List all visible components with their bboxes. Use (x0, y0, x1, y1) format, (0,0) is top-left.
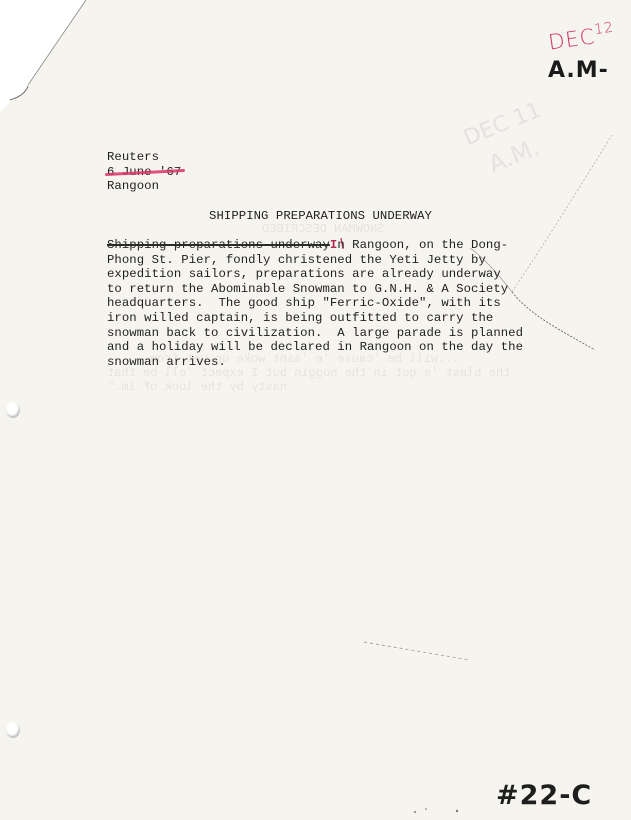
body-line: to return the Abominable Snowman to G.N.… (107, 282, 523, 297)
headline: SHIPPING PREPARATIONS UNDERWAY (0, 209, 631, 224)
body-line: Phong St. Pier, fondly christened the Ye… (107, 253, 523, 268)
cut-corner (0, 0, 86, 112)
handwritten-day: 12 (593, 19, 615, 38)
dateline: Reuters6 June '67Rangoon (107, 150, 181, 194)
body-line: expedition sailors, preparations are alr… (107, 267, 523, 282)
struck-date: 6 June '67 (107, 165, 181, 180)
bleed-through-heading: SNOWMAN DESCRIBED (262, 222, 384, 237)
body-line: snowman arrives. (107, 355, 523, 370)
body-line: headquarters. The good ship "Ferric-Oxid… (107, 296, 523, 311)
body-line-first: Shipping preparations underwayIn Rangoon… (107, 238, 523, 253)
item-number: #22-C (496, 780, 592, 811)
body-line: n Rangoon, on the Dong- (337, 238, 508, 252)
bleed-through-line: nasty by the look of im." (107, 380, 287, 395)
punch-hole-upper (6, 402, 20, 418)
handwritten-month: DEC (547, 24, 597, 54)
body-line: snowman back to civilization. A large pa… (107, 326, 523, 341)
handwritten-time: A.M- (548, 58, 609, 83)
body-line: and a holiday will be declared in Rangoo… (107, 340, 523, 355)
agency: Reuters (107, 150, 181, 165)
body-line: iron willed captain, is being outfitted … (107, 311, 523, 326)
faint-pink-mark (447, 82, 470, 99)
article-body: Shipping preparations underwayIn Rangoon… (107, 238, 523, 369)
punch-hole-lower (6, 722, 20, 738)
handwritten-date: DEC12 (547, 19, 617, 54)
city: Rangoon (107, 179, 181, 194)
struck-lead: Shipping preparations underway (107, 238, 330, 252)
scanned-page: SNOWMAN DESCRIBED ...will be 'cause 'e '… (0, 0, 631, 820)
